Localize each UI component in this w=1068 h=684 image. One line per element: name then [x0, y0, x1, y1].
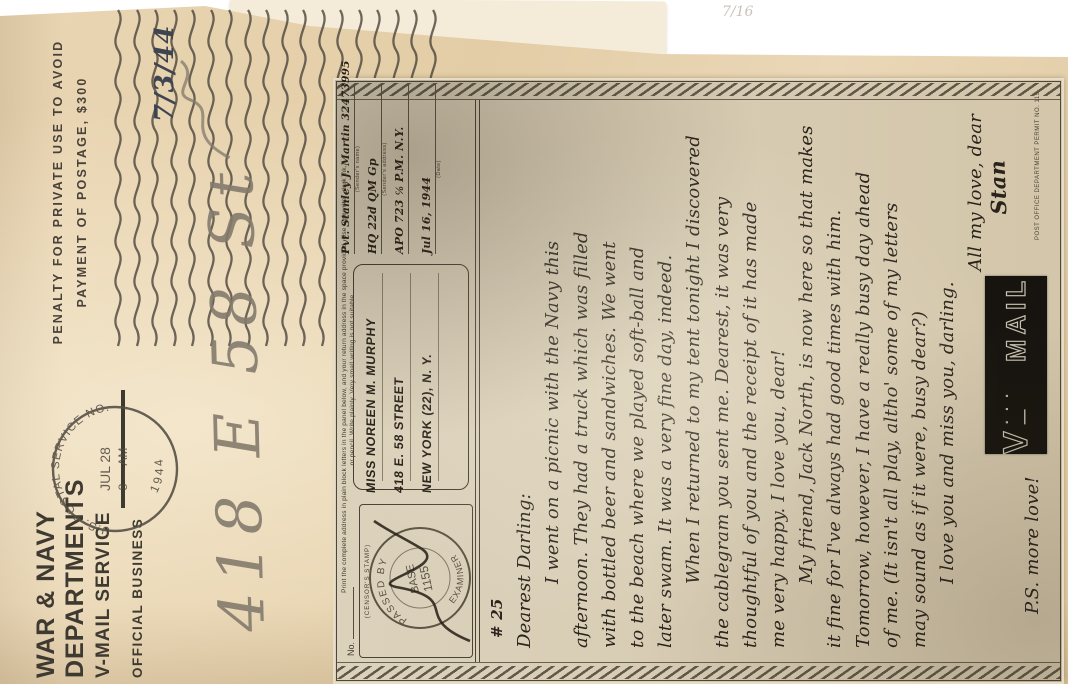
letter-line: it fine for I've always had good times w… — [821, 104, 849, 648]
censor-stamp-box: (CENSOR'S STAMP) PASSED BY EXAMINER BASE… — [359, 504, 473, 658]
vmail-form: Print the complete address in plain bloc… — [335, 80, 1062, 682]
address-panel: MISS NOREEN M. MURPHY 418 E. 58 STREET N… — [353, 264, 469, 490]
letter-line: afternoon. They had a truck which was fi… — [568, 104, 596, 648]
sender-unit: HQ 22d QM Gp — [366, 158, 379, 254]
penalty-line: PENALTY FOR PRIVATE USE TO AVOID — [46, 32, 70, 352]
header-separator-rule — [475, 100, 480, 662]
letter-line: Tomorrow, however, I have a really busy … — [850, 104, 878, 648]
letter-line: # 25 — [483, 104, 511, 638]
postmark-stamp: U.S. POSTAL SERVICE NO. 1 1944 JUL 28 8 … — [40, 394, 190, 544]
letter-line: to the beach where we played soft-ball a… — [624, 104, 652, 648]
date-label: (Date) — [436, 84, 443, 254]
pencil-address-text: 418 E 58 St — [194, 163, 279, 633]
letter-line: may sound as if it were, busy dear?) — [906, 104, 934, 648]
letter-date: Jul 16, 1944 — [420, 177, 433, 254]
address-rule-line — [438, 273, 439, 481]
vmail-logo-v: V — [997, 431, 1036, 454]
letter-line: of me. (It isn't all play, altho' some o… — [878, 104, 906, 648]
censor-stamp: PASSED BY EXAMINER BASE 1155 — [352, 513, 484, 645]
permit-line: POST OFFICE DEPARTMENT PERMIT NO. 115 — [1035, 91, 1041, 240]
recipient-name: MISS NOREEN M. MURPHY — [364, 317, 378, 494]
letter-line: I love you and miss you, darling. — [934, 104, 962, 648]
address-rule-line — [410, 273, 411, 481]
letter-body: # 25 Dearest Darling: I went on a picnic… — [483, 104, 1060, 648]
vmail-logo-mail: MAIL — [1001, 276, 1032, 362]
form-inner-rule — [337, 662, 1060, 663]
received-date: 7/3/44 — [150, 25, 180, 122]
vmail-letter-scan: WAR & NAVY DEPARTMENTS V-MAIL SERVICE OF… — [0, 0, 1068, 684]
recipient-city: NEW YORK (22), N. Y. — [420, 353, 434, 494]
vmail-logo-morse: · · · — — [999, 369, 1033, 424]
recipient-street: 418 E. 58 STREET — [392, 376, 406, 493]
letter-line: later swam. It was a very fine day, inde… — [652, 104, 680, 648]
letter-line: I went on a picnic with the Navy this — [539, 104, 567, 648]
form-inner-rule — [337, 99, 1060, 100]
sender-address-label: (Sender's address) — [382, 84, 389, 254]
penalty-line: PAYMENT OF POSTAGE, $300 — [70, 32, 94, 352]
sender-block: Pvt. Stanley J. Martin 32473995 (Sender'… — [335, 84, 443, 254]
postmark-time: 8 — AM — [116, 448, 130, 491]
sender-apo: APO 723 ℅ P.M. N.Y. — [393, 127, 406, 254]
letter-line: Dearest Darling: — [511, 104, 539, 648]
letter-line: When I returned to my tent tonight I dis… — [680, 104, 708, 648]
letter-line: the cablegram you sent me. Dearest, it w… — [709, 104, 737, 648]
letter-line: thoughtful of you and the receipt of it … — [737, 104, 765, 648]
vmail-logo: V · · · — MAIL — [985, 276, 1047, 454]
address-rule-line — [382, 273, 383, 481]
sender-name: Pvt. Stanley J. Martin 32473995 — [340, 60, 352, 254]
svg-text:1944: 1944 — [147, 455, 167, 494]
pencil-date-note: 7/16 — [722, 4, 753, 20]
form-hatch-border-right — [337, 83, 1060, 96]
received-date-area: 7/3/44 — [150, 12, 218, 122]
sender-name-label: (Sender's name) — [355, 84, 362, 254]
letter-line: with bottled beer and sandwiches. We wen… — [596, 104, 624, 648]
letter-line: me very happy. I love you, dear! — [765, 104, 793, 648]
postmark-date: JUL 28 — [97, 447, 113, 491]
form-hatch-border-left — [337, 666, 1060, 679]
postmark-ring-bottom-text: 1944 — [147, 455, 167, 494]
penalty-imprint: PENALTY FOR PRIVATE USE TO AVOID PAYMENT… — [46, 32, 94, 352]
letter-line: My friend, Jack North, is now here so th… — [793, 104, 821, 648]
